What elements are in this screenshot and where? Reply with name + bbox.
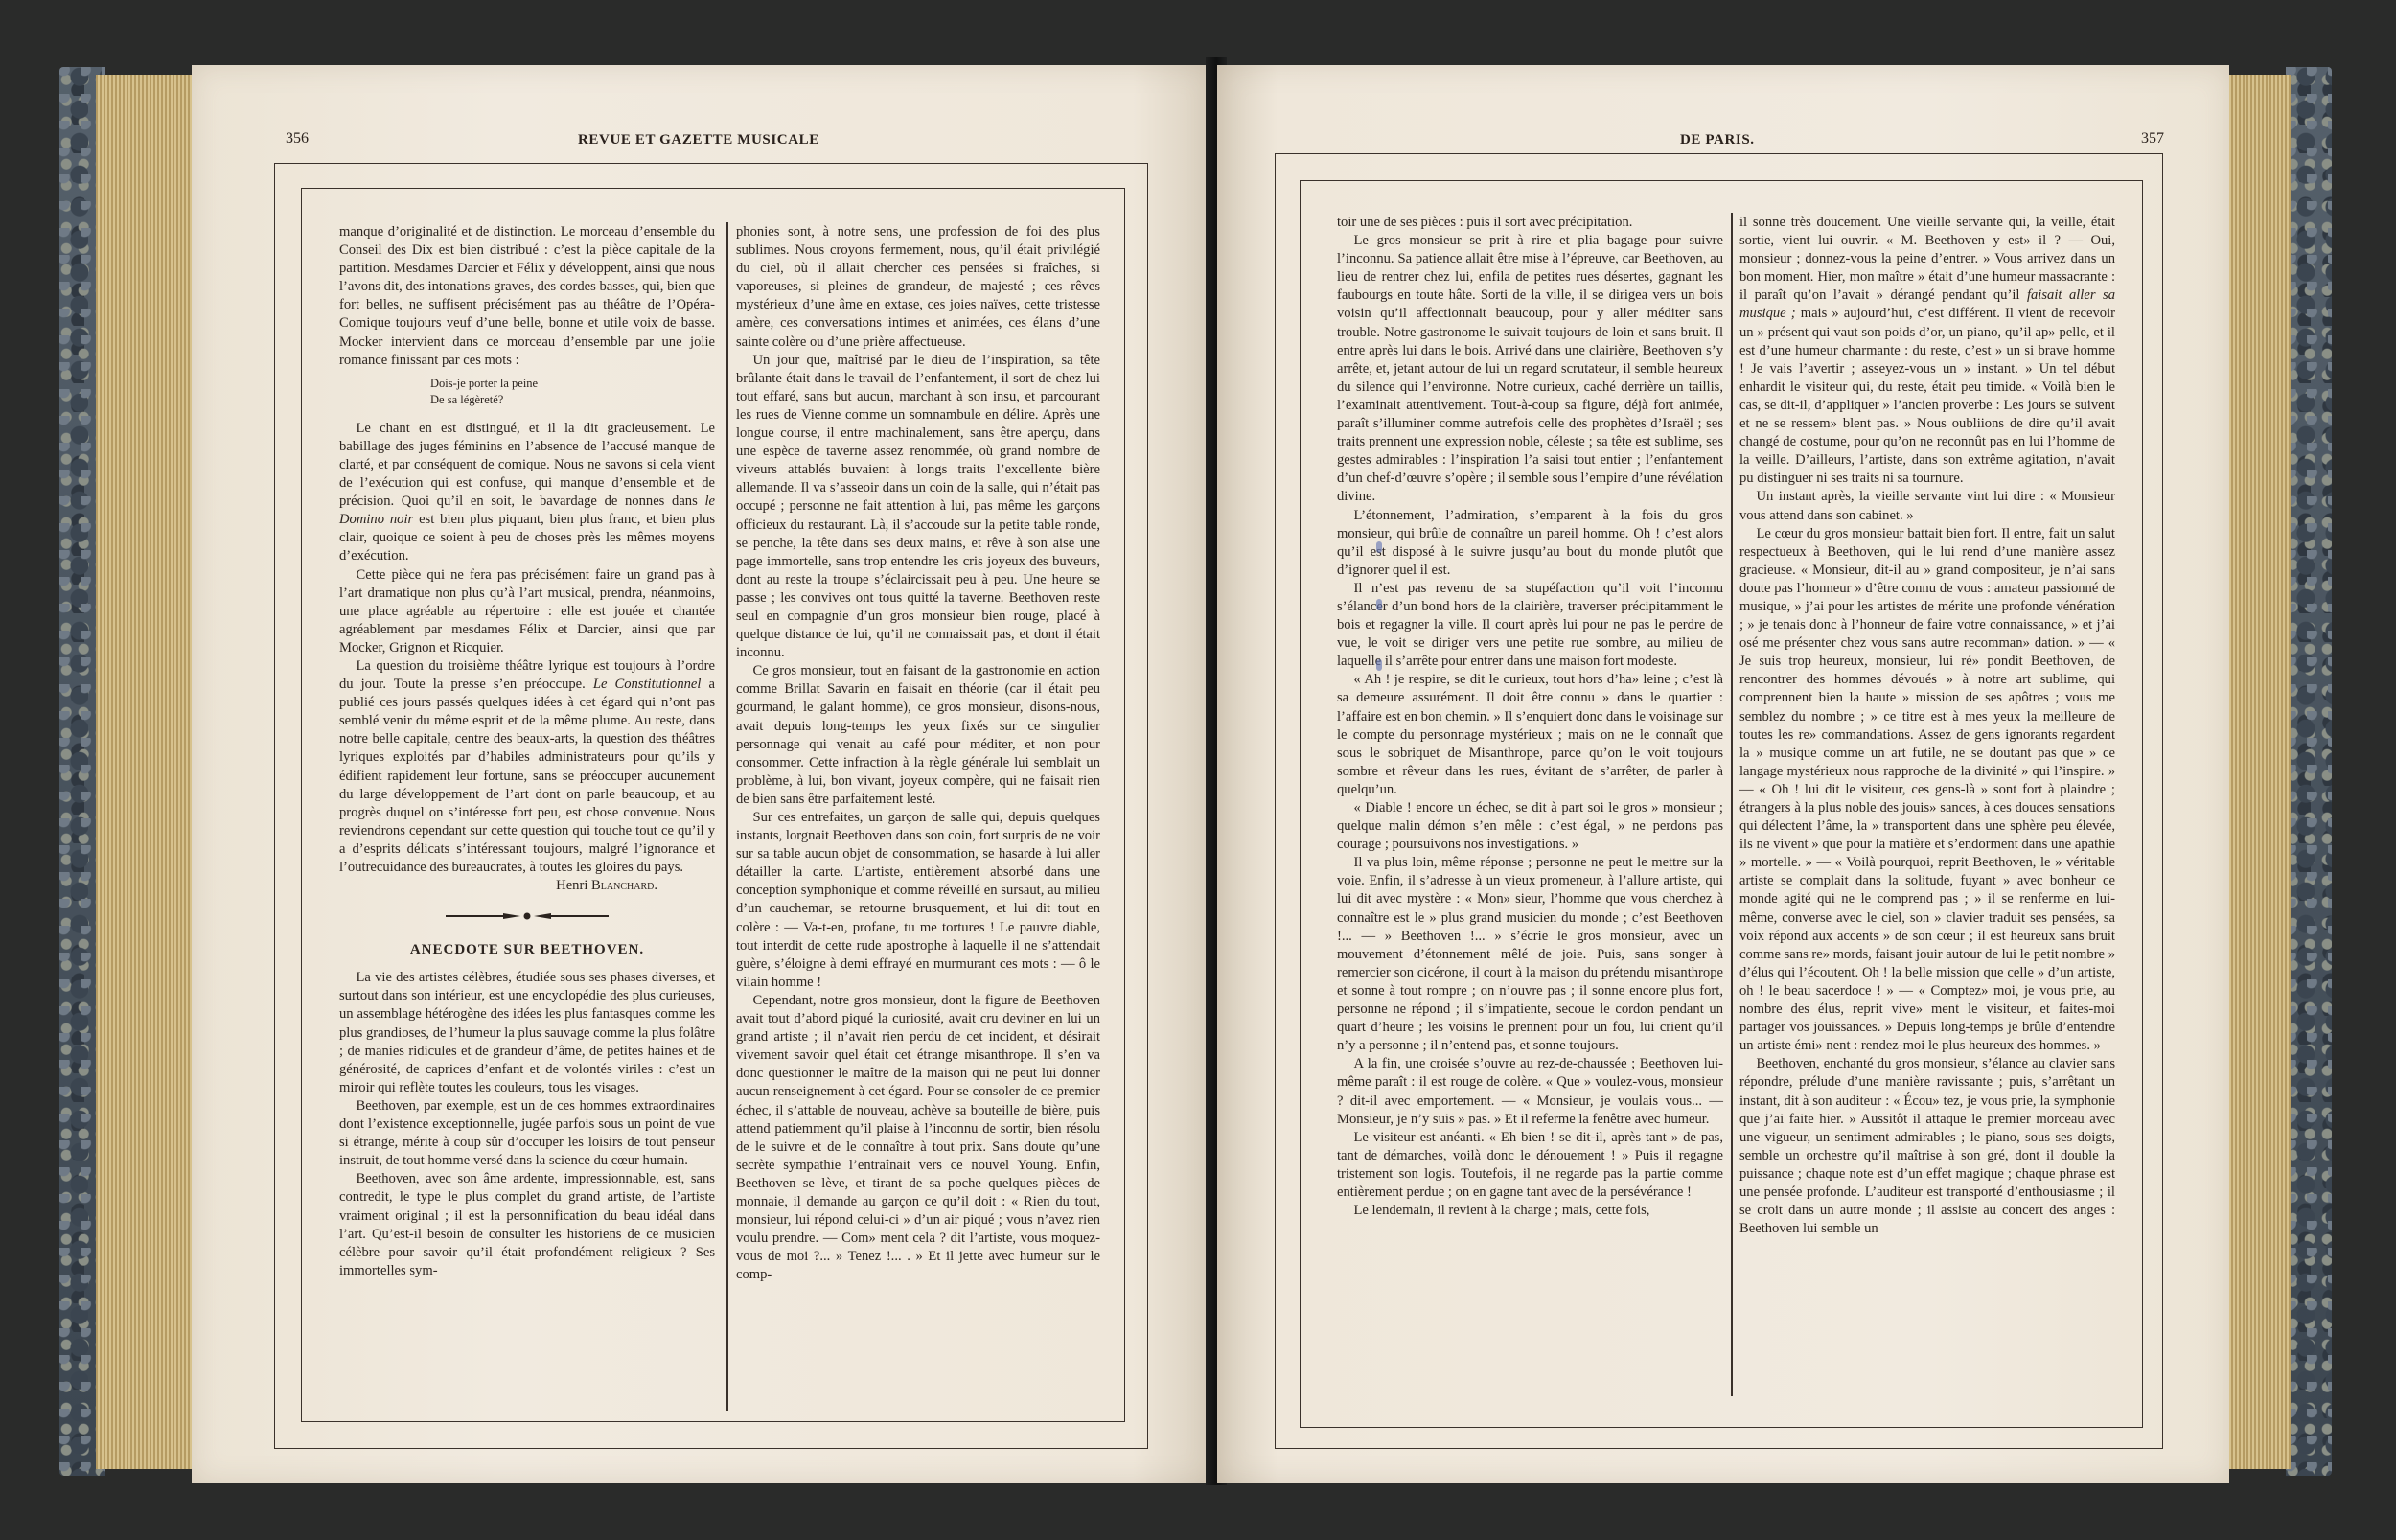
paragraph: Beethoven, par exemple, est un de ces ho… bbox=[339, 1097, 715, 1170]
paragraph: Cependant, notre gros monsieur, dont la … bbox=[736, 992, 1100, 1285]
paragraph: il sonne très doucement. Une vieille ser… bbox=[1739, 214, 2115, 488]
paragraph: Cette pièce qui ne fera pas précisément … bbox=[339, 566, 715, 657]
paragraph: La question du troisième théâtre lyrique… bbox=[339, 657, 715, 877]
ornament-divider-icon bbox=[339, 910, 715, 931]
verse-quote: Dois-je porter la peine De sa légèreté? bbox=[430, 376, 715, 408]
paragraph: Le visiteur est anéanti. « Eh bien ! se … bbox=[1337, 1129, 1723, 1202]
paragraph: Le cœur du gros monsieur battait bien fo… bbox=[1739, 525, 2115, 1056]
page-number-right: 357 bbox=[2141, 130, 2164, 148]
paragraph: « Diable ! encore un échec, se dit à par… bbox=[1337, 799, 1723, 854]
verse-line: De sa légèreté? bbox=[430, 392, 715, 408]
paragraph: manque d’originalité et de distinction. … bbox=[339, 223, 715, 370]
author-signature: Henri Blanchard. bbox=[339, 877, 657, 895]
running-head-left: REVUE ET GAZETTE MUSICALE bbox=[578, 132, 819, 149]
page-edges-left bbox=[96, 75, 196, 1469]
paragraph: phonies sont, à notre sens, une professi… bbox=[736, 223, 1100, 352]
paragraph: Le lendemain, il revient à la charge ; m… bbox=[1337, 1202, 1723, 1220]
running-head-right: DE PARIS. bbox=[1680, 132, 1755, 149]
page-edges-right bbox=[2223, 75, 2291, 1469]
paragraph: A la fin, une croisée s’ouvre au rez-de-… bbox=[1337, 1055, 1723, 1128]
left-page-column-1: manque d’originalité et de distinction. … bbox=[339, 223, 715, 1280]
book-cover-right bbox=[2286, 67, 2332, 1476]
ink-mark bbox=[1376, 659, 1382, 671]
paragraph: Beethoven, avec son âme ardente, impress… bbox=[339, 1170, 715, 1280]
paragraph: L’étonnement, l’admiration, s’emparent à… bbox=[1337, 507, 1723, 580]
paragraph: Ce gros monsieur, tout en faisant de la … bbox=[736, 662, 1100, 809]
paragraph: Sur ces entrefaites, un garçon de salle … bbox=[736, 809, 1100, 992]
ink-mark bbox=[1376, 541, 1382, 553]
page-number-left: 356 bbox=[286, 130, 309, 148]
ink-mark bbox=[1376, 599, 1382, 610]
right-page-column-1: toir une de ses pièces : puis il sort av… bbox=[1337, 214, 1723, 1220]
column-divider-left bbox=[726, 222, 728, 1411]
right-page-column-2: il sonne très doucement. Une vieille ser… bbox=[1739, 214, 2115, 1238]
paragraph: La vie des artistes célèbres, étudiée so… bbox=[339, 969, 715, 1097]
verse-line: Dois-je porter la peine bbox=[430, 376, 715, 392]
column-divider-right bbox=[1731, 213, 1733, 1396]
paragraph: Un instant après, la vieille servante vi… bbox=[1739, 488, 2115, 524]
section-title: ANECDOTE SUR BEETHOVEN. bbox=[339, 941, 715, 959]
paragraph: Un jour que, maîtrisé par le dieu de l’i… bbox=[736, 352, 1100, 663]
paragraph: toir une de ses pièces : puis il sort av… bbox=[1337, 214, 1723, 232]
paragraph: Il va plus loin, même réponse ; personne… bbox=[1337, 854, 1723, 1055]
paragraph: Il n’est pas revenu de sa stupéfaction q… bbox=[1337, 580, 1723, 671]
paragraph: Beethoven, enchanté du gros monsieur, s’… bbox=[1739, 1055, 2115, 1238]
paragraph: Le gros monsieur se prit à rire et plia … bbox=[1337, 232, 1723, 506]
left-page-column-2: phonies sont, à notre sens, une professi… bbox=[736, 223, 1100, 1284]
paragraph: « Ah ! je respire, se dit le curieux, to… bbox=[1337, 671, 1723, 799]
paragraph: Le chant en est distingué, et il la dit … bbox=[339, 420, 715, 566]
